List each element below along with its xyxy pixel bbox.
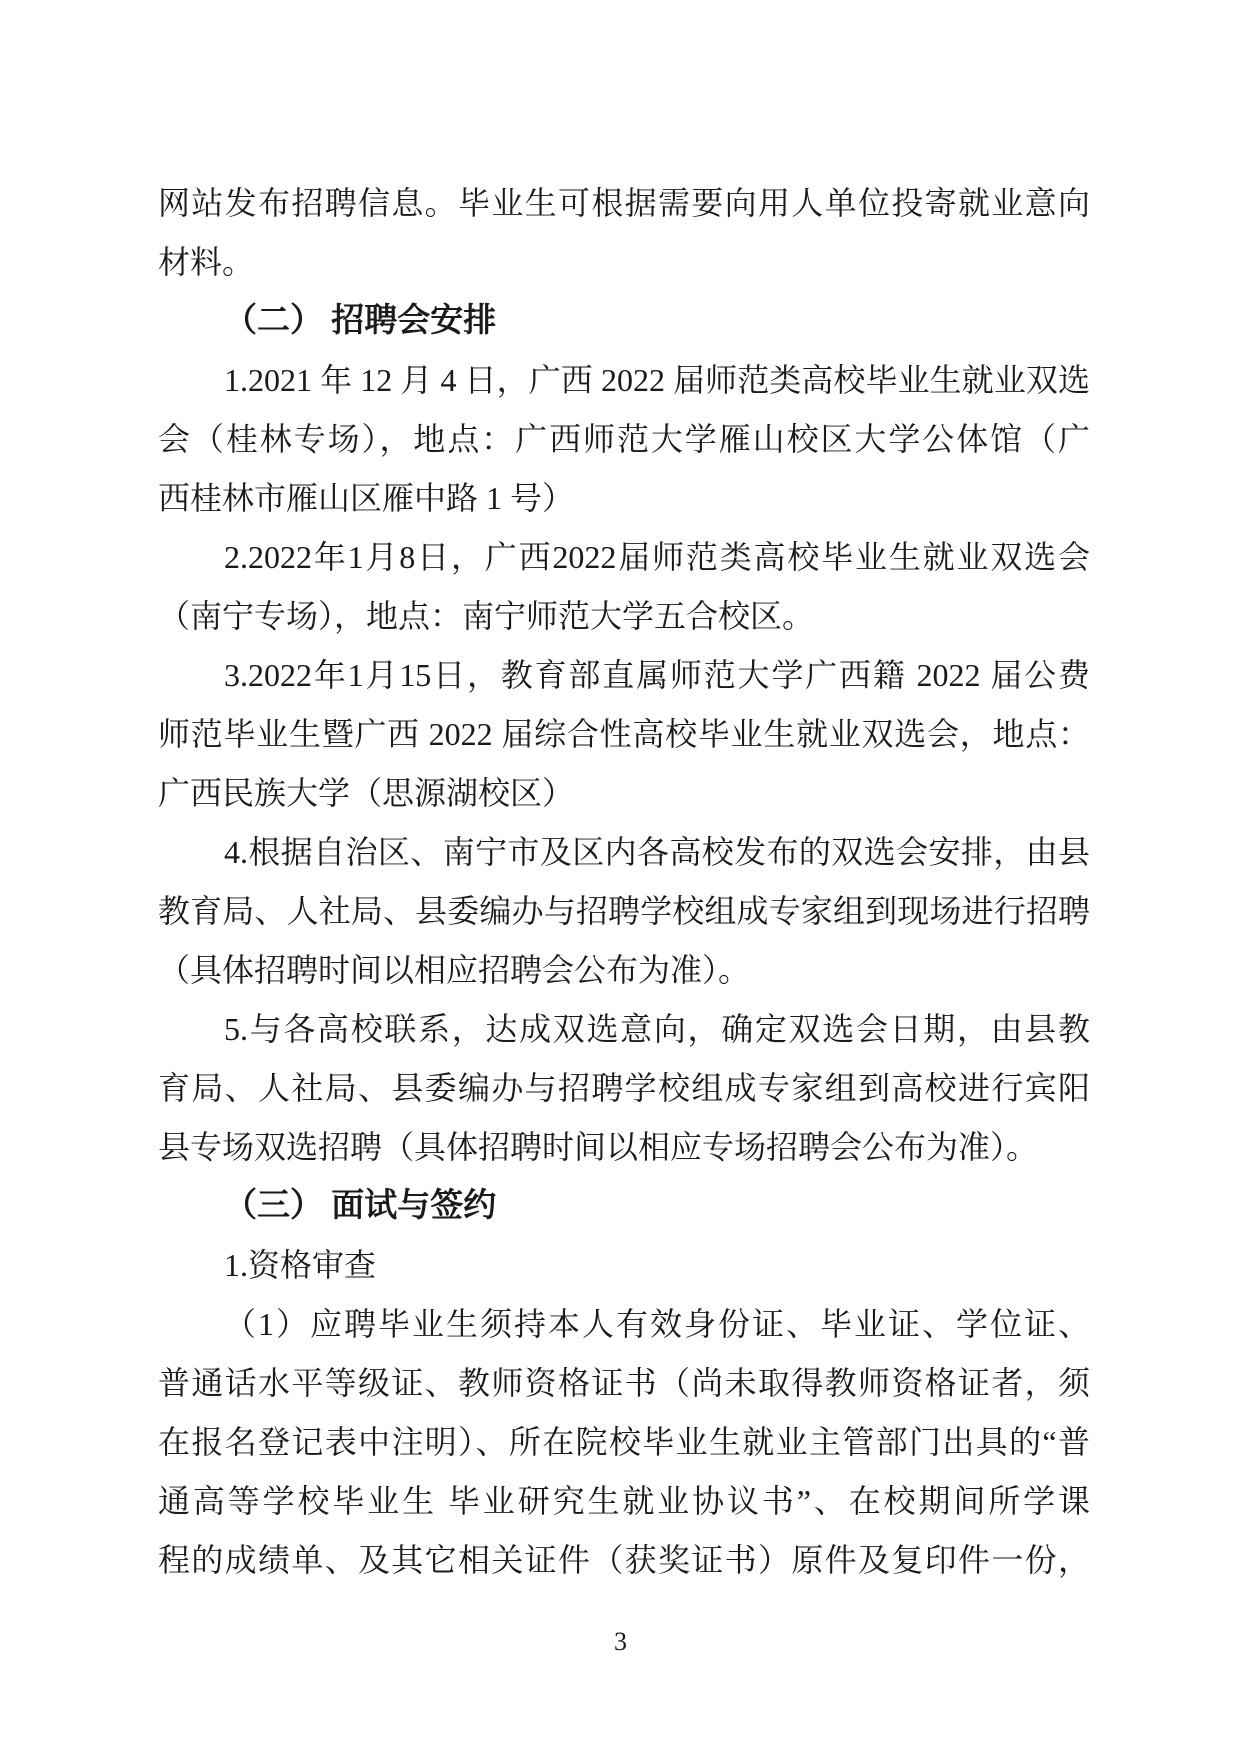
- text-line: 县专场双选招聘（具体招聘时间以相应专场招聘会公布为准）。: [158, 1118, 1090, 1177]
- text-line: 会（桂林专场），地点：广西师范大学雁山校区大学公体馆（广: [158, 410, 1090, 469]
- text-line: 师范毕业生暨广西 2022 届综合性高校毕业生就业双选会，地点：: [158, 705, 1090, 764]
- text-line: 西桂林市雁山区雁中路 1 号）: [158, 469, 1090, 528]
- text-line: 通高等学校毕业生 毕业研究生就业协议书”、在校期间所学课: [158, 1472, 1090, 1531]
- text-line: 在报名登记表中注明）、所在院校毕业生就业主管部门出具的“普: [158, 1413, 1090, 1472]
- text-line: 普通话水平等级证、教师资格证书（尚未取得教师资格证者，须: [158, 1354, 1090, 1413]
- text-line: 1.2021 年 12 月 4 日，广西 2022 届师范类高校毕业生就业双选: [158, 351, 1090, 410]
- text-line: 教育局、人社局、县委编办与招聘学校组成专家组到现场进行招聘: [158, 882, 1090, 941]
- section-heading: （二） 招聘会安排: [158, 292, 1090, 351]
- document-body: 网站发布招聘信息。毕业生可根据需要向用人单位投寄就业意向材料。（二） 招聘会安排…: [158, 174, 1090, 1590]
- text-line: 3.2022年1月15日，教育部直属师范大学广西籍 2022 届公费: [158, 646, 1090, 705]
- text-line: 5.与各高校联系，达成双选意向，确定双选会日期，由县教: [158, 1000, 1090, 1059]
- document-page: 网站发布招聘信息。毕业生可根据需要向用人单位投寄就业意向材料。（二） 招聘会安排…: [0, 0, 1241, 1754]
- section-heading: （三） 面试与签约: [158, 1177, 1090, 1236]
- text-line: 程的成绩单、及其它相关证件（获奖证书）原件及复印件一份，: [158, 1531, 1090, 1590]
- text-line: 广西民族大学（思源湖校区）: [158, 764, 1090, 823]
- text-line: 育局、人社局、县委编办与招聘学校组成专家组到高校进行宾阳: [158, 1059, 1090, 1118]
- text-line: （具体招聘时间以相应招聘会公布为准）。: [158, 941, 1090, 1000]
- text-line: （1）应聘毕业生须持本人有效身份证、毕业证、学位证、: [158, 1295, 1090, 1354]
- text-line: 材料。: [158, 233, 1090, 292]
- text-line: 网站发布招聘信息。毕业生可根据需要向用人单位投寄就业意向: [158, 174, 1090, 233]
- page-number: 3: [0, 1622, 1241, 1662]
- text-line: 1.资格审查: [158, 1236, 1090, 1295]
- text-line: 2.2022年1月8日，广西2022届师范类高校毕业生就业双选会: [158, 528, 1090, 587]
- text-line: （南宁专场），地点：南宁师范大学五合校区。: [158, 587, 1090, 646]
- text-line: 4.根据自治区、南宁市及区内各高校发布的双选会安排，由县: [158, 823, 1090, 882]
